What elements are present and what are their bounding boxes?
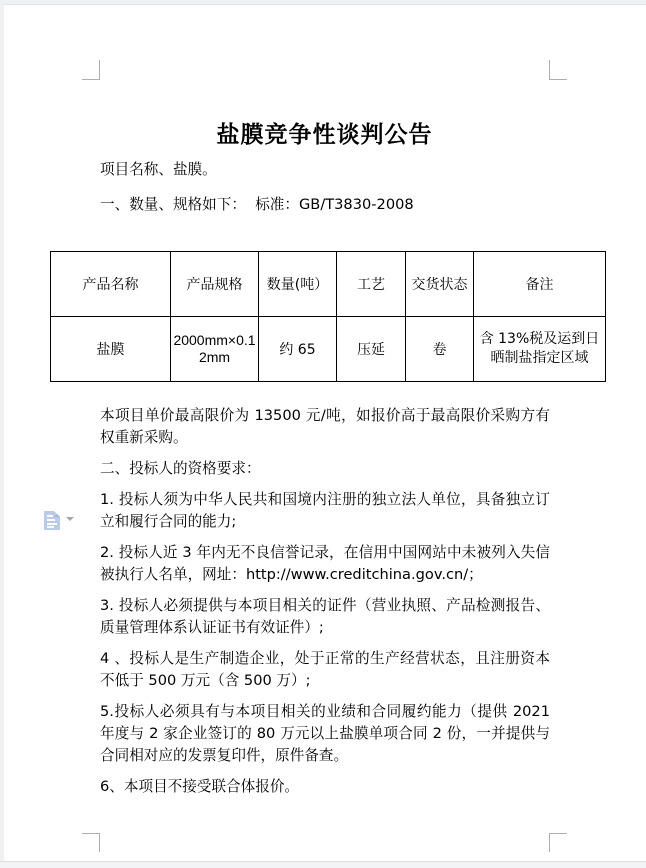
header-product-name: 产品名称 <box>51 252 171 317</box>
cell-process: 压延 <box>337 317 406 382</box>
body-paragraph: 4 、投标人是生产制造企业，处于正常的生产经营状态，且注册资本不低于 500 万… <box>100 648 550 692</box>
app-edge-top <box>0 0 646 5</box>
margin-crop-mark-bottom-left <box>82 833 100 852</box>
margin-widget <box>44 511 76 531</box>
body-paragraph: 2. 投标人近 3 年内无不良信誉记录，在信用中国网站中未被列入失信被执行人名单… <box>100 542 550 586</box>
cell-product-name: 盐膜 <box>51 317 171 382</box>
word-document-page: 盐膜竞争性谈判公告 项目名称、盐膜。 一、数量、规格如下： 标准：GB/T383… <box>0 0 646 868</box>
document-body: 本项目单价最高限价为 13500 元/吨，如报价高于最高限价采购方有权重新采购。… <box>100 405 550 807</box>
collapse-arrow-icon <box>66 517 74 521</box>
cell-delivery-state: 卷 <box>406 317 474 382</box>
header-remark: 备注 <box>474 252 606 317</box>
cell-remark: 含 13%税及运到日晒制盐指定区域 <box>474 317 606 382</box>
header-delivery-state: 交货状态 <box>406 252 474 317</box>
margin-crop-mark-bottom-right <box>549 833 567 852</box>
header-quantity: 数量(吨） <box>259 252 337 317</box>
cell-product-spec: 2000mm×0.12mm <box>171 317 259 382</box>
document-anchor-icon[interactable] <box>44 511 60 530</box>
margin-crop-mark-top-right <box>549 60 567 80</box>
cell-quantity: 约 65 <box>259 317 337 382</box>
app-edge-bottom <box>0 861 646 868</box>
body-paragraph: 3. 投标人必须提供与本项目相关的证件（营业执照、产品检测报告、质量管理体系认证… <box>100 595 550 639</box>
body-paragraph: 1. 投标人须为中华人民共和国境内注册的独立法人单位，具备独立订立和履行合同的能… <box>100 489 550 533</box>
body-paragraph: 5.投标人必须具有与本项目相关的业绩和合同履约能力（提供 2021 年度与 2 … <box>100 701 550 767</box>
section-one-line: 一、数量、规格如下： 标准：GB/T3830-2008 <box>100 195 560 215</box>
project-name-line: 项目名称、盐膜。 <box>100 160 560 180</box>
body-paragraph: 本项目单价最高限价为 13500 元/吨，如报价高于最高限价采购方有权重新采购。 <box>100 405 550 449</box>
body-paragraph: 二、投标人的资格要求： <box>100 458 550 480</box>
page-fold-icon <box>54 511 60 517</box>
header-process: 工艺 <box>337 252 406 317</box>
product-spec-table: 产品名称 产品规格 数量(吨） 工艺 交货状态 备注 盐膜 2000mm×0.1… <box>50 251 606 382</box>
header-product-spec: 产品规格 <box>171 252 259 317</box>
document-title: 盐膜竞争性谈判公告 <box>100 119 549 151</box>
table-row: 盐膜 2000mm×0.12mm 约 65 压延 卷 含 13%税及运到日晒制盐… <box>51 317 606 382</box>
app-edge-left <box>0 0 4 868</box>
margin-crop-mark-top-left <box>82 60 100 80</box>
body-paragraph: 6、本项目不接受联合体报价。 <box>100 776 550 798</box>
table-header-row: 产品名称 产品规格 数量(吨） 工艺 交货状态 备注 <box>51 252 606 317</box>
